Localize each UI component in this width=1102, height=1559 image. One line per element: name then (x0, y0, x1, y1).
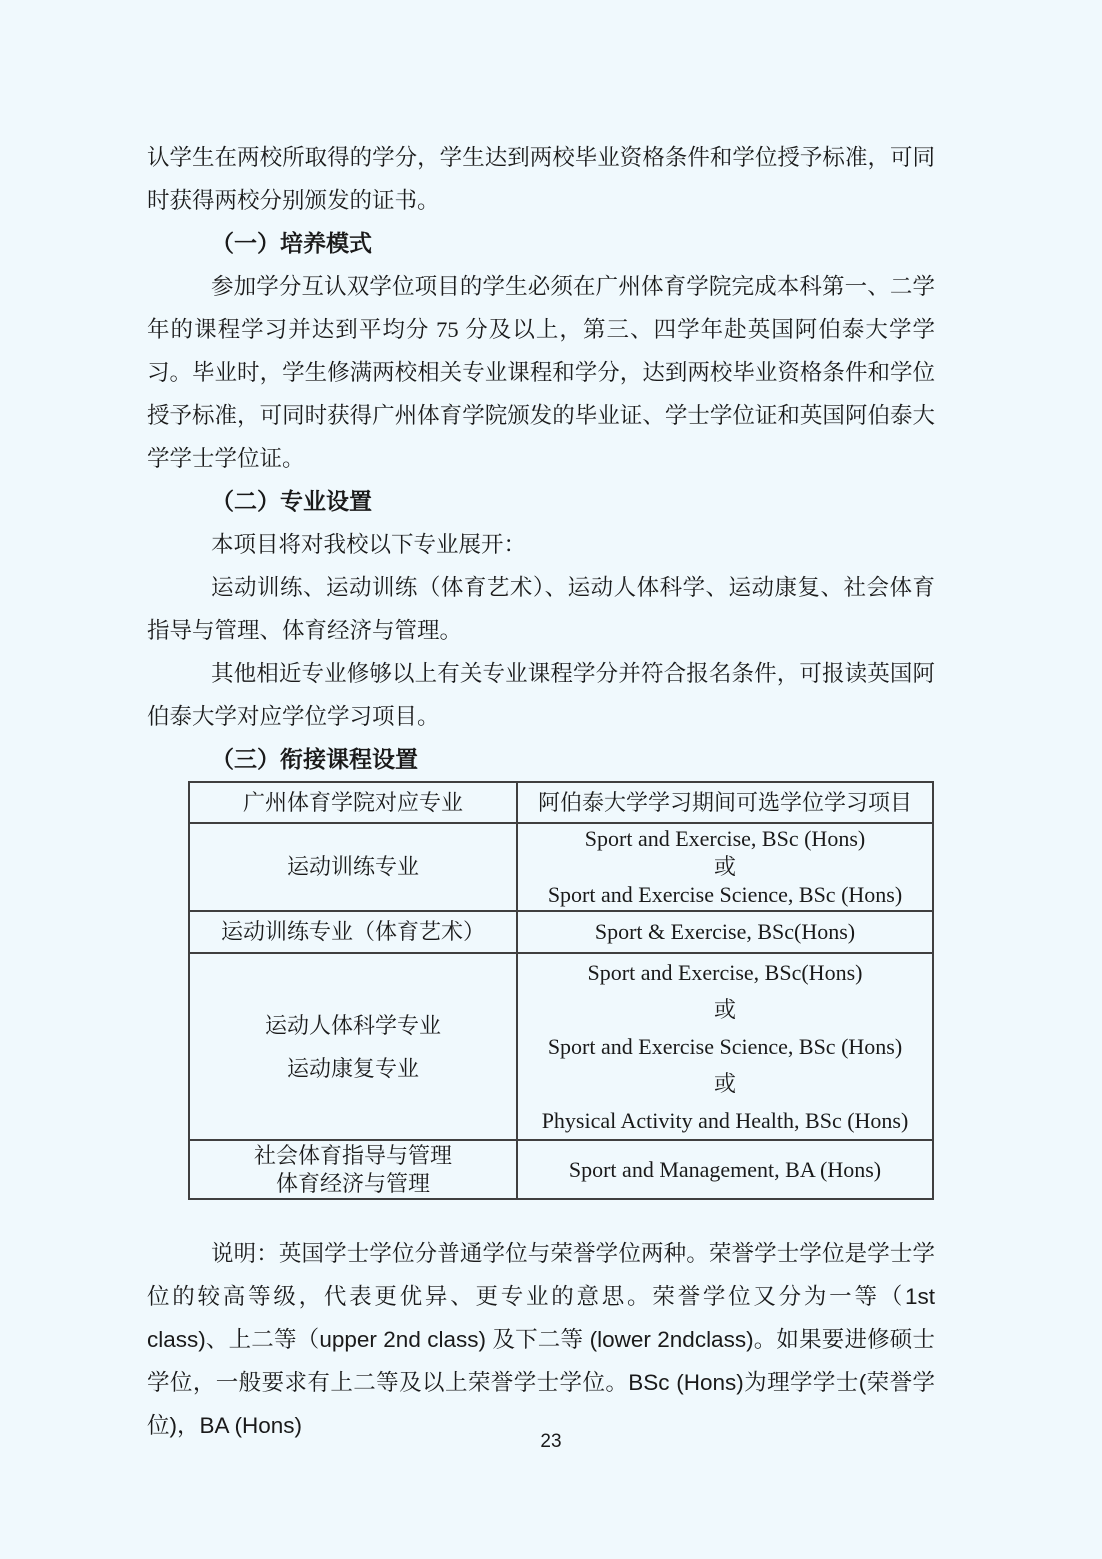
major-cell: 运动训练专业（体育艺术） (189, 911, 517, 953)
section-2-paragraph-3: 其他相近专业修够以上有关专业课程学分并符合报名条件，可报读英国阿伯泰大学对应学位… (147, 652, 935, 738)
document-body: 认学生在两校所取得的学分，学生达到两校毕业资格条件和学位授予标准，可同时获得两校… (147, 136, 935, 1447)
section-2-paragraph-2: 运动训练、运动训练（体育艺术）、运动人体科学、运动康复、社会体育指导与管理、体育… (147, 566, 935, 652)
programs-cell: Sport and Exercise, BSc (Hons) 或 Sport a… (517, 823, 933, 911)
curriculum-table: 广州体育学院对应专业 阿伯泰大学学习期间可选学位学习项目 运动训练专业 Spor… (188, 781, 934, 1200)
page-number: 23 (0, 1431, 1102, 1453)
table-row: 运动训练专业 Sport and Exercise, BSc (Hons) 或 … (189, 823, 933, 911)
table-row: 社会体育指导与管理 体育经济与管理 Sport and Management, … (189, 1140, 933, 1199)
section-1-paragraph: 参加学分互认双学位项目的学生必须在广州体育学院完成本科第一、二学年的课程学习并达… (147, 265, 935, 480)
programs-cell: Sport & Exercise, BSc(Hons) (517, 911, 933, 953)
section-3-heading: （三）衔接课程设置 (147, 738, 935, 781)
document-page: { "page": { "background_color": "#f0f9fd… (0, 0, 1102, 1559)
table-row: 运动人体科学专业 运动康复专业 Sport and Exercise, BSc(… (189, 953, 933, 1140)
table-row: 运动训练专业（体育艺术） Sport & Exercise, BSc(Hons) (189, 911, 933, 953)
table-header-row: 广州体育学院对应专业 阿伯泰大学学习期间可选学位学习项目 (189, 782, 933, 823)
table-header-gz-major: 广州体育学院对应专业 (189, 782, 517, 823)
major-cell: 社会体育指导与管理 体育经济与管理 (189, 1140, 517, 1199)
section-2-heading: （二）专业设置 (147, 480, 935, 523)
paragraph-continuation: 认学生在两校所取得的学分，学生达到两校毕业资格条件和学位授予标准，可同时获得两校… (147, 136, 935, 222)
note-paragraph: 说明：英国学士学位分普通学位与荣誉学位两种。荣誉学士学位是学士学位的较高等级，代… (147, 1232, 935, 1447)
section-1-heading: （一）培养模式 (147, 222, 935, 265)
table-header-abertay-programs: 阿伯泰大学学习期间可选学位学习项目 (517, 782, 933, 823)
programs-cell: Sport and Management, BA (Hons) (517, 1140, 933, 1199)
major-cell: 运动人体科学专业 运动康复专业 (189, 953, 517, 1140)
programs-cell: Sport and Exercise, BSc(Hons) 或 Sport an… (517, 953, 933, 1140)
section-2-paragraph-1: 本项目将对我校以下专业展开： (147, 523, 935, 566)
major-cell: 运动训练专业 (189, 823, 517, 911)
